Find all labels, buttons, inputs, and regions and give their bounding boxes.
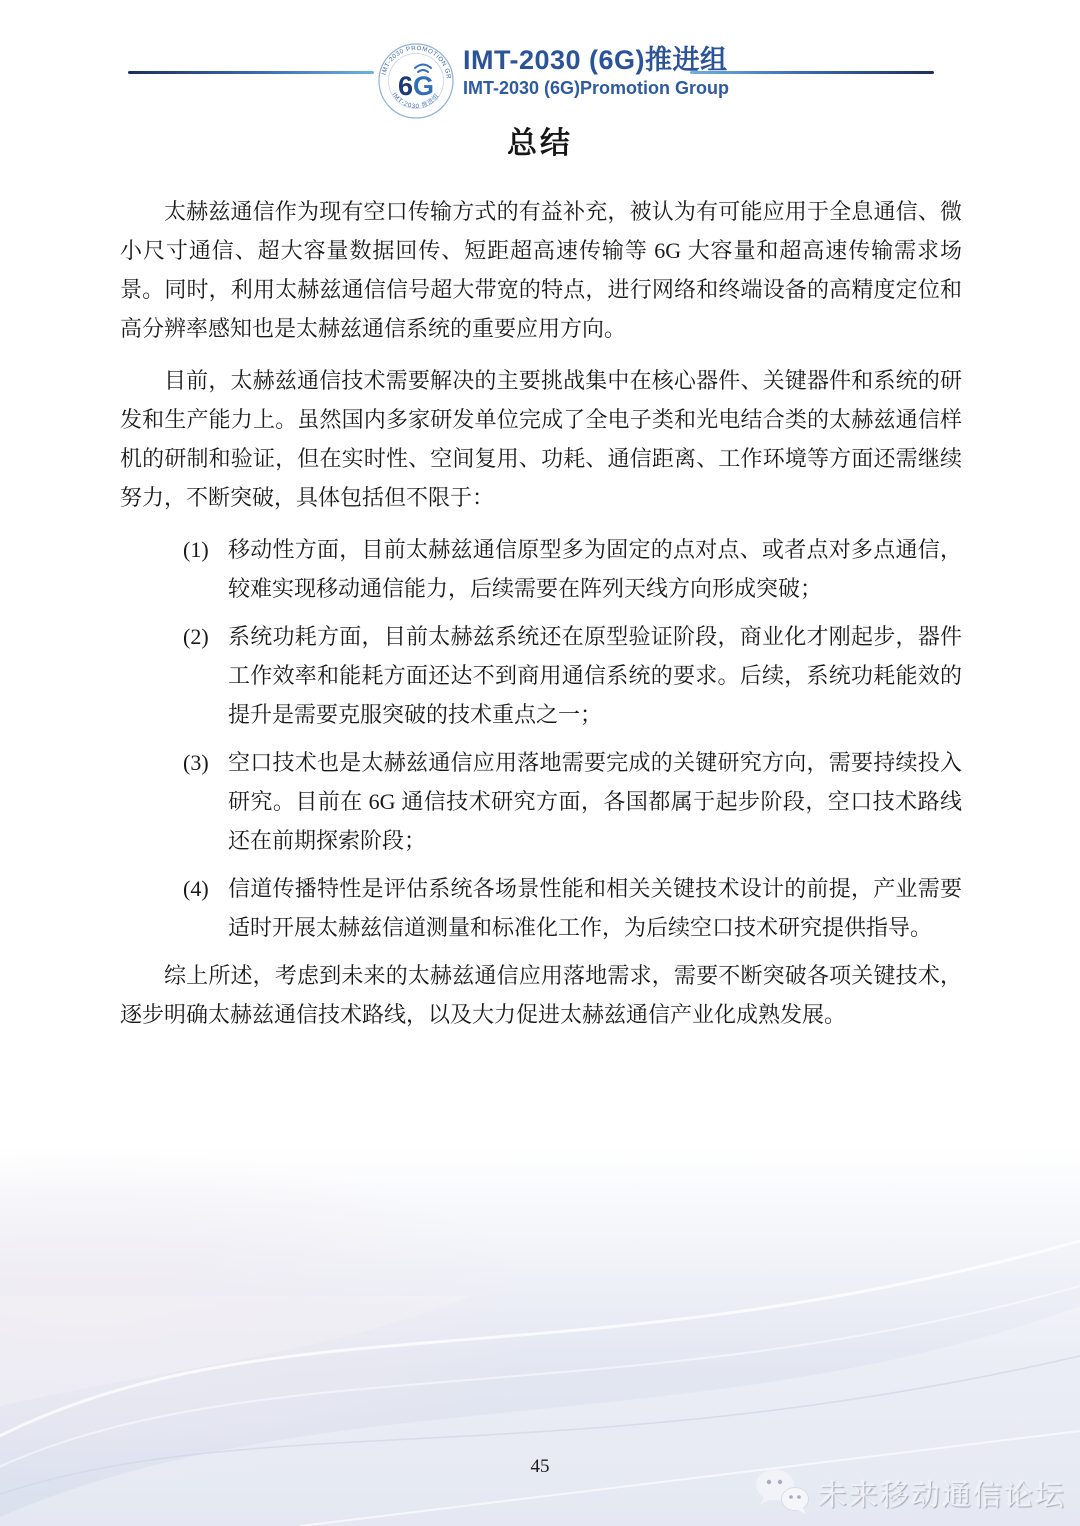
- header-rule-left: [128, 71, 374, 74]
- list-item: (2) 系统功耗方面，目前太赫兹系统还在原型验证阶段，商业化才刚起步，器件工作效…: [120, 617, 962, 734]
- list-item-text: 系统功耗方面，目前太赫兹系统还在原型验证阶段，商业化才刚起步，器件工作效率和能耗…: [228, 624, 962, 727]
- header-titles: IMT-2030 (6G)推进组 IMT-2030 (6G)Promotion …: [463, 45, 729, 99]
- list-item-text: 空口技术也是太赫兹通信应用落地需要完成的关键研究方向，需要持续投入研究。目前在 …: [228, 750, 962, 853]
- list-item-text: 信道传播特性是评估系统各场景性能和相关关键技术设计的前提，产业需要适时开展太赫兹…: [228, 876, 962, 940]
- paragraph: 目前，太赫兹通信技术需要解决的主要挑战集中在核心器件、关键器件和系统的研发和生产…: [120, 361, 962, 517]
- svg-text:6G: 6G: [398, 71, 434, 101]
- list-item-number: (4): [183, 869, 209, 908]
- wechat-icon: [754, 1467, 810, 1520]
- header-title-cn: IMT-2030 (6G)推进组: [463, 45, 729, 75]
- header-title-en: IMT-2030 (6G)Promotion Group: [463, 77, 729, 99]
- watermark-text: 未来移动通信论坛: [818, 1473, 1066, 1514]
- list-item: (4) 信道传播特性是评估系统各场景性能和相关关键技术设计的前提，产业需要适时开…: [120, 869, 962, 947]
- closing-paragraph: 综上所述，考虑到未来的太赫兹通信应用落地需求，需要不断突破各项关键技术，逐步明确…: [120, 956, 962, 1034]
- document-page: IMT-2030 PROMOTION GROUP IMT-2030 推进组 6G…: [0, 0, 1080, 1526]
- list-item-number: (3): [183, 743, 209, 782]
- document-body: 太赫兹通信作为现有空口传输方式的有益补充，被认为有可能应用于全息通信、微小尺寸通…: [120, 192, 962, 1034]
- list-item-text: 移动性方面，目前太赫兹通信原型多为固定的点对点、或者点对多点通信，较难实现移动通…: [228, 537, 962, 601]
- section-title: 总结: [0, 118, 1080, 162]
- list-item: (1) 移动性方面，目前太赫兹通信原型多为固定的点对点、或者点对多点通信，较难实…: [120, 530, 962, 608]
- list-item: (3) 空口技术也是太赫兹通信应用落地需要完成的关键研究方向，需要持续投入研究。…: [120, 743, 962, 860]
- list-item-number: (2): [183, 617, 209, 656]
- imt2030-6g-logo-icon: IMT-2030 PROMOTION GROUP IMT-2030 推进组 6G: [377, 42, 455, 120]
- paragraph: 太赫兹通信作为现有空口传输方式的有益补充，被认为有可能应用于全息通信、微小尺寸通…: [120, 192, 962, 348]
- list-item-number: (1): [183, 530, 209, 569]
- watermark: 未来移动通信论坛: [754, 1467, 1066, 1520]
